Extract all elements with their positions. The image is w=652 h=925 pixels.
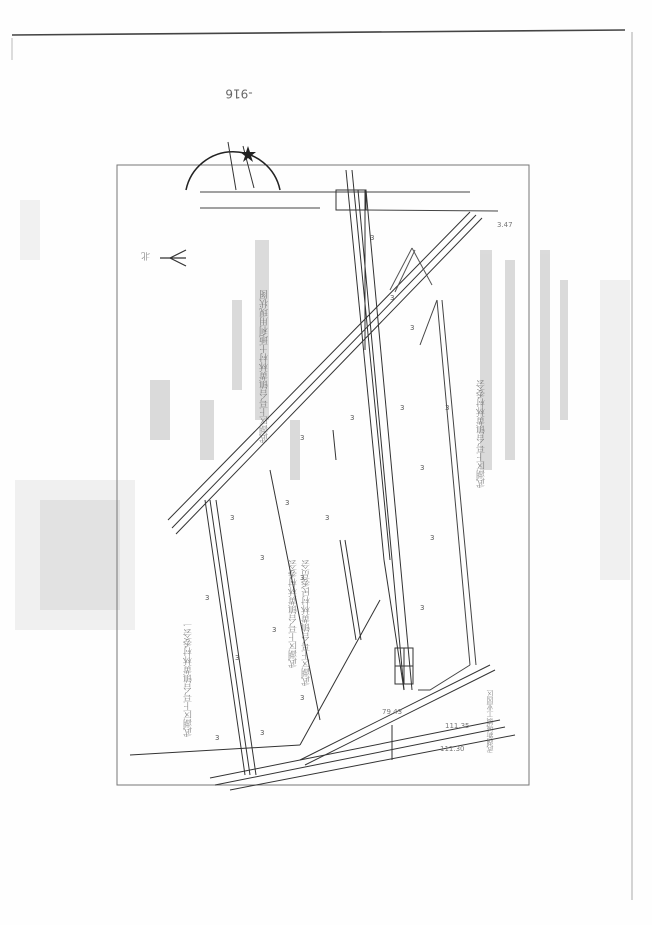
svg-text:3: 3 <box>350 414 354 422</box>
svg-text:3: 3 <box>205 594 209 602</box>
svg-text:3: 3 <box>215 734 219 742</box>
label-bottom-owner: 武湖区上号台镇黄林村委会一 <box>182 620 195 737</box>
svg-text:3: 3 <box>285 499 289 507</box>
svg-text:3: 3 <box>300 434 304 442</box>
svg-text:3: 3 <box>410 324 414 332</box>
svg-text:3: 3 <box>300 694 304 702</box>
north-label: 北 <box>140 252 153 261</box>
scanned-document-page: 333 333 333 333 333 333 333 -916 北 武湖区上号… <box>0 0 652 925</box>
dimension-label: 79.43 <box>382 708 402 716</box>
svg-text:3: 3 <box>445 404 449 412</box>
svg-text:3: 3 <box>230 514 234 522</box>
label-village-a: 武湖区上号台镇黄林村委会 <box>287 560 300 668</box>
svg-text:3: 3 <box>260 554 264 562</box>
svg-text:3: 3 <box>430 534 434 542</box>
official-seal-icon <box>186 142 280 190</box>
svg-text:3: 3 <box>420 464 424 472</box>
cadastral-map: 333 333 333 333 333 333 333 <box>0 0 652 925</box>
svg-text:3: 3 <box>400 404 404 412</box>
label-right-owner: 武湖区上号台镇黄林村委会 <box>475 380 488 488</box>
svg-text:3: 3 <box>370 234 374 242</box>
label-village-b: 武湖区上号台镇黄林村民委员会 <box>300 560 313 686</box>
label-parcel-title: 武湖区上号台镇黄林村土地利用现状图 <box>258 290 271 443</box>
svg-text:3: 3 <box>390 294 394 302</box>
svg-text:3: 3 <box>420 604 424 612</box>
dimension-label: 111.35 <box>445 722 470 730</box>
handwritten-note: -916 <box>225 87 252 101</box>
dimension-label: 3.47 <box>497 221 513 229</box>
svg-text:3: 3 <box>260 729 264 737</box>
svg-text:3: 3 <box>325 514 329 522</box>
dimension-label: 111.30 <box>440 745 465 753</box>
label-corner-owner: 武湖新城镇工业园区 <box>485 690 495 753</box>
svg-text:3: 3 <box>235 654 239 662</box>
svg-text:3: 3 <box>272 626 276 634</box>
north-arrow-icon <box>160 250 186 266</box>
